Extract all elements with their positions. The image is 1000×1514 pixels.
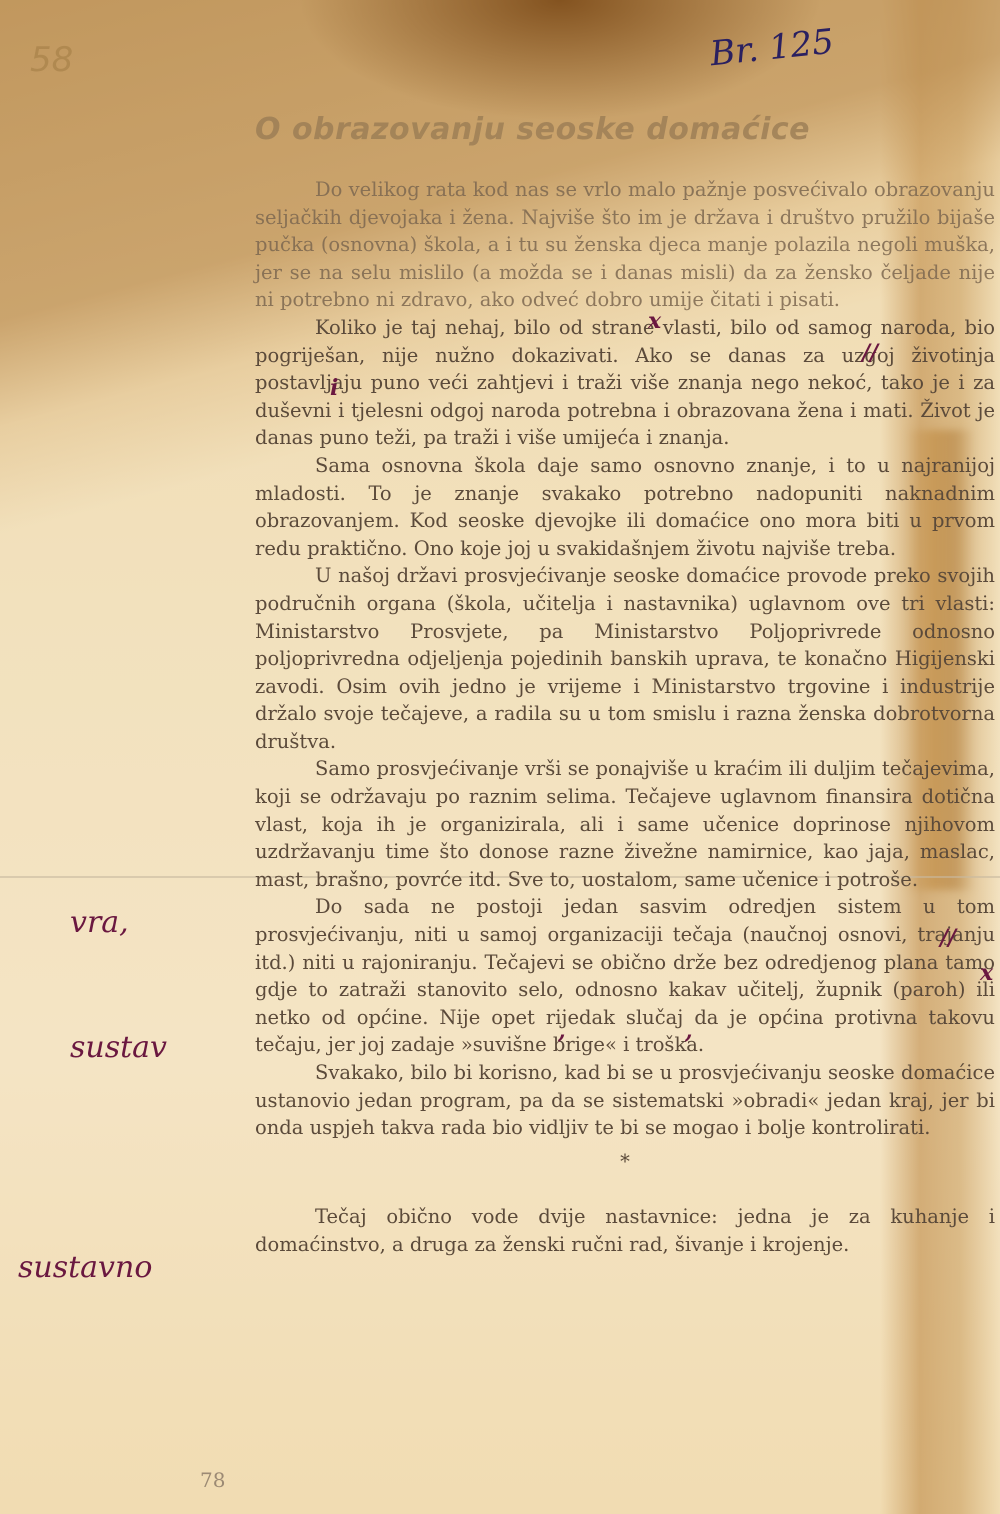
paragraph: Do velikog rata kod nas se vrlo malo paž… — [255, 176, 995, 314]
paragraph: Samo prosvjećivanje vrši se ponajviše u … — [255, 755, 995, 893]
margin-annotation: vra, — [70, 905, 129, 940]
section-separator: * — [255, 1148, 995, 1176]
page-title: O obrazovanju seoske domaćice — [255, 112, 975, 147]
margin-note-top: 58 — [30, 40, 73, 80]
paragraph: Do sada ne postoji jedan sasvim odredjen… — [255, 893, 995, 1059]
paragraph: Tečaj obično vode dvije nastavnice: jedn… — [255, 1203, 995, 1258]
correction-mark: i — [330, 375, 338, 401]
paragraph: Koliko je taj nehaj, bilo od strane vlas… — [255, 314, 995, 452]
margin-annotation: sustav — [70, 1030, 167, 1065]
paragraph: Svakako, bilo bi korisno, kad bi se u pr… — [255, 1059, 995, 1142]
margin-annotation: sustavno — [18, 1250, 152, 1285]
correction-mark: , — [558, 1018, 566, 1044]
page-number: 78 — [200, 1468, 225, 1492]
correction-mark: // — [862, 340, 878, 366]
correction-mark: x — [648, 308, 661, 334]
correction-mark: , — [685, 1018, 693, 1044]
paragraph: U našoj državi prosvjećivanje seoske dom… — [255, 562, 995, 755]
correction-mark: x — [980, 960, 993, 986]
correction-mark: // — [940, 925, 956, 951]
paragraph: Sama osnovna škola daje samo osnovno zna… — [255, 452, 995, 562]
article-body: Do velikog rata kod nas se vrlo malo paž… — [255, 176, 995, 1259]
